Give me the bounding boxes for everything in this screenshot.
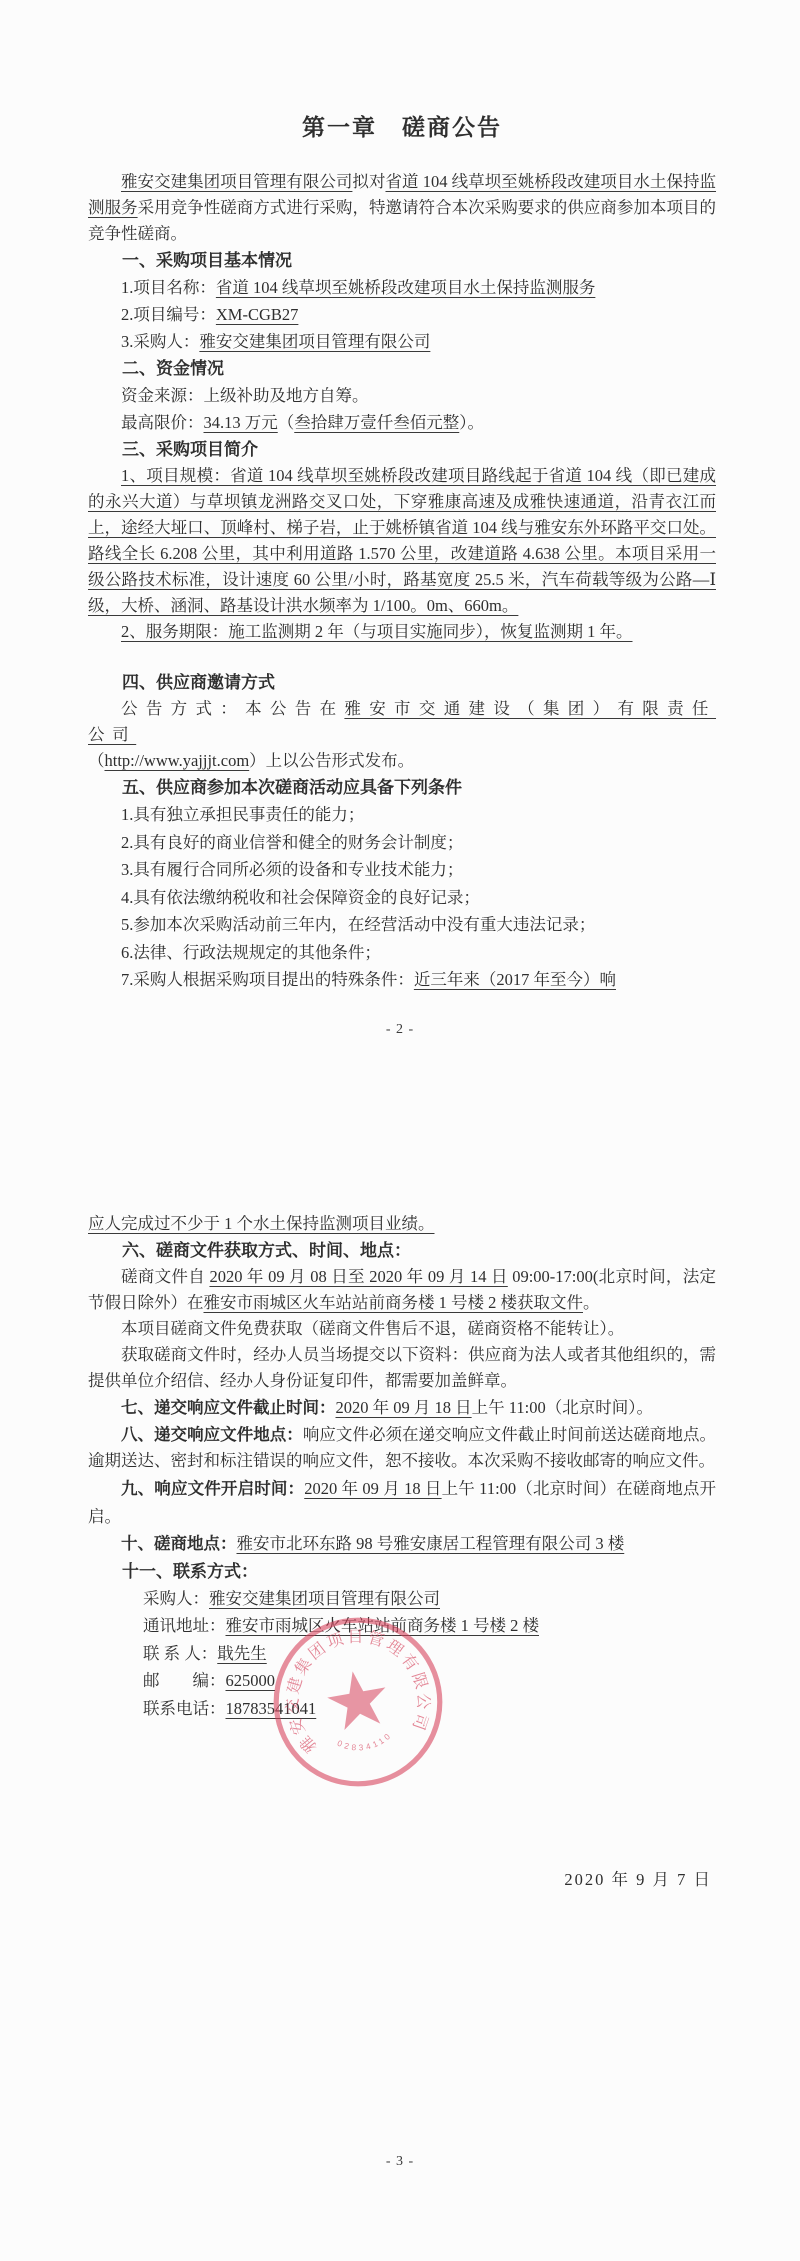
section-8-paragraph: 八、递交响应文件地点：响应文件必须在递交响应文件截止时间前送达磋商地点。逾期送达…: [88, 1422, 716, 1475]
publisher-url: http://www.yajjjt.com: [105, 751, 250, 770]
section-9-paragraph: 九、响应文件开启时间：2020 年 09 月 18 日上午 11:00（北京时间…: [88, 1475, 716, 1530]
project-code-value: XM-CGB27: [216, 305, 299, 324]
contact-person-label: 联 系 人：: [143, 1644, 217, 1663]
section-1-heading: 一、采购项目基本情况: [88, 247, 716, 274]
consultation-address: 雅安市北环东路 98 号雅安康居工程管理有限公司 3 楼: [237, 1534, 625, 1553]
purchaser-value: 雅安交建集团项目管理有限公司: [199, 332, 430, 351]
condition-item-7: 7.采购人根据采购项目提出的特殊条件：近三年来（2017 年至今）响: [88, 966, 716, 994]
condition-7-label: 7.采购人根据采购项目提出的特殊条件：: [121, 970, 414, 989]
project-name-value: 省道 104 线草坝至姚桥段改建项目水土保持监测服务: [216, 278, 596, 297]
service-term-row: 2、服务期限：施工监测期 2 年（与项目实施同步），恢复监测期 1 年。: [88, 619, 716, 645]
postal-code-row: 邮 编：625000: [88, 1667, 716, 1695]
condition-item: 3.具有履行合同所必须的设备和专业技术能力；: [88, 856, 716, 884]
phone-label: 联系电话：: [143, 1699, 226, 1718]
continuation-line: 应人完成过不少于 1 个水土保持监测项目业绩。: [88, 1211, 716, 1237]
condition-item: 6.法律、行政法规规定的其他条件；: [88, 939, 716, 967]
paren-open: （: [278, 413, 295, 432]
free-document-line: 本项目磋商文件免费获取（磋商文件售后不退，磋商资格不能转让）。: [88, 1316, 716, 1342]
opening-date: 2020 年 09 月 18 日: [304, 1479, 441, 1498]
section-7-paragraph: 七、递交响应文件截止时间：2020 年 09 月 18 日上午 11:00（北京…: [88, 1394, 716, 1422]
project-name-row: 1.项目名称：省道 104 线草坝至姚桥段改建项目水土保持监测服务: [88, 274, 716, 301]
price-limit-value: 34.13 万元: [204, 413, 278, 432]
project-scale-text: 1、项目规模：省道 104 线草坝至姚桥段改建项目路线起于省道 104 线（即已…: [88, 466, 716, 615]
contact-person-row: 联 系 人：戢先生: [88, 1640, 716, 1668]
blank-line: [88, 645, 716, 669]
section-4-heading: 四、供应商邀请方式: [88, 669, 716, 696]
section-8-label: 八、递交响应文件地点：: [121, 1426, 303, 1444]
deadline-rest: 上午 11:00（北京时间）。: [472, 1398, 653, 1417]
section-11-heading: 十一、联系方式：: [88, 1558, 716, 1585]
contact-address-row: 通讯地址：雅安市雨城区火车站站前商务楼 1 号楼 2 楼: [88, 1612, 716, 1640]
purchaser-label: 3.采购人：: [121, 332, 199, 351]
condition-item: 5.参加本次采购活动前三年内，在经营活动中没有重大违法记录；: [88, 911, 716, 939]
condition-item: 2.具有良好的商业信誉和健全的财务会计制度；: [88, 829, 716, 857]
section-7-label: 七、递交响应文件截止时间：: [121, 1399, 336, 1417]
deadline-date: 2020 年 09 月 18 日: [336, 1398, 472, 1417]
continuation-text: 应人完成过不少于 1 个水土保持监测项目业绩。: [88, 1214, 435, 1233]
page-number-3: - 3 -: [0, 2154, 800, 2170]
svg-text:02834110: 02834110: [334, 1729, 395, 1757]
contact-purchaser-label: 采购人：: [143, 1589, 209, 1608]
buyer-name-underlined: 雅安交建集团项目管理有限公司: [121, 172, 352, 191]
project-scale-paragraph: 1、项目规模：省道 104 线草坝至姚桥段改建项目路线起于省道 104 线（即已…: [88, 463, 716, 619]
document-date: 2020 年 9 月 7 日: [564, 1866, 712, 1890]
intro-text-rest: 采用竞争性磋商方式进行采购，特邀请符合本次采购要求的供应商参加本项目的竞争性磋商…: [88, 198, 716, 243]
section-9-label: 九、响应文件开启时间：: [121, 1480, 304, 1498]
obtain-dates: 2020 年 09 月 08 日至 2020 年 09 月 14 日: [209, 1267, 507, 1286]
postal-code-value: 625000: [226, 1671, 276, 1690]
section-10-paragraph: 十、磋商地点：雅安市北环东路 98 号雅安康居工程管理有限公司 3 楼: [88, 1530, 716, 1558]
document-obtain-paragraph: 磋商文件自 2020 年 09 月 08 日至 2020 年 09 月 14 日…: [88, 1264, 716, 1316]
purchaser-row: 3.采购人：雅安交建集团项目管理有限公司: [88, 328, 716, 355]
project-code-label: 2.项目编号：: [121, 305, 216, 324]
project-code-row: 2.项目编号：XM-CGB27: [88, 301, 716, 328]
document-body: 第一章 磋商公告 雅安交建集团项目管理有限公司拟对省道 104 线草坝至姚桥段改…: [0, 0, 800, 1722]
contact-purchaser-row: 采购人：雅安交建集团项目管理有限公司: [88, 1585, 716, 1613]
phone-row: 联系电话：18783541041: [88, 1695, 716, 1723]
materials-paragraph: 获取磋商文件时，经办人员当场提交以下资料：供应商为法人或者其他组织的，需提供单位…: [88, 1342, 716, 1394]
intro-paragraph: 雅安交建集团项目管理有限公司拟对省道 104 线草坝至姚桥段改建项目水土保持监测…: [88, 169, 716, 247]
announcement-method-label: 公告方式：本公告在: [121, 699, 344, 718]
service-term-text: 2、服务期限：施工监测期 2 年（与项目实施同步），恢复监测期 1 年。: [121, 622, 633, 641]
scanned-document: 第一章 磋商公告 雅安交建集团项目管理有限公司拟对省道 104 线草坝至姚桥段改…: [0, 0, 800, 2261]
section-2-heading: 二、资金情况: [88, 355, 716, 382]
phone-value: 18783541041: [226, 1699, 317, 1718]
announcement-method-rest: ）上以公告形式发布。: [249, 751, 414, 770]
announcement-method-line2: （http://www.yajjjt.com）上以公告形式发布。: [88, 748, 716, 774]
page-number-2: - 2 -: [0, 1022, 800, 1038]
condition-item: 4.具有依法缴纳税收和社会保障资金的良好记录；: [88, 884, 716, 912]
obtain-text: 磋商文件自: [121, 1267, 209, 1286]
project-name-label: 1.项目名称：: [121, 278, 216, 297]
contact-address-value: 雅安市雨城区火车站站前商务楼 1 号楼 2 楼: [226, 1616, 540, 1635]
chapter-title: 第一章 磋商公告: [88, 0, 716, 143]
announcement-method-line1: 公告方式：本公告在雅安市交通建设（集团）有限责任公司: [88, 696, 716, 748]
price-limit-row: 最高限价：34.13 万元（叁拾肆万壹仟叁佰元整）。: [88, 409, 716, 436]
fund-source-row: 资金来源：上级补助及地方自筹。: [88, 382, 716, 409]
section-10-label: 十、磋商地点：: [121, 1535, 237, 1553]
condition-7-value: 近三年来（2017 年至今）响: [414, 970, 616, 989]
contact-purchaser-value: 雅安交建集团项目管理有限公司: [209, 1589, 440, 1608]
contact-address-label: 通讯地址：: [143, 1616, 226, 1635]
section-3-heading: 三、采购项目简介: [88, 436, 716, 463]
section-6-heading: 六、磋商文件获取方式、时间、地点：: [88, 1237, 716, 1264]
paren-open: （: [88, 751, 105, 770]
seal-code: 02834110: [334, 1729, 395, 1757]
condition-item: 1.具有独立承担民事责任的能力；: [88, 801, 716, 829]
postal-code-label: 邮 编：: [143, 1671, 226, 1690]
section-5-heading: 五、供应商参加本次磋商活动应具备下列条件: [88, 774, 716, 801]
obtain-period: 。: [583, 1293, 600, 1312]
price-limit-label: 最高限价：: [121, 413, 204, 432]
intro-text: 拟对: [352, 172, 385, 191]
obtain-address: 雅安市雨城区火车站站前商务楼 1 号楼 2 楼获取文件: [204, 1293, 584, 1312]
price-limit-words: 叁拾肆万壹仟叁佰元整: [294, 413, 459, 432]
paren-close: ）。: [459, 413, 484, 432]
contact-person-value: 戢先生: [217, 1644, 267, 1663]
